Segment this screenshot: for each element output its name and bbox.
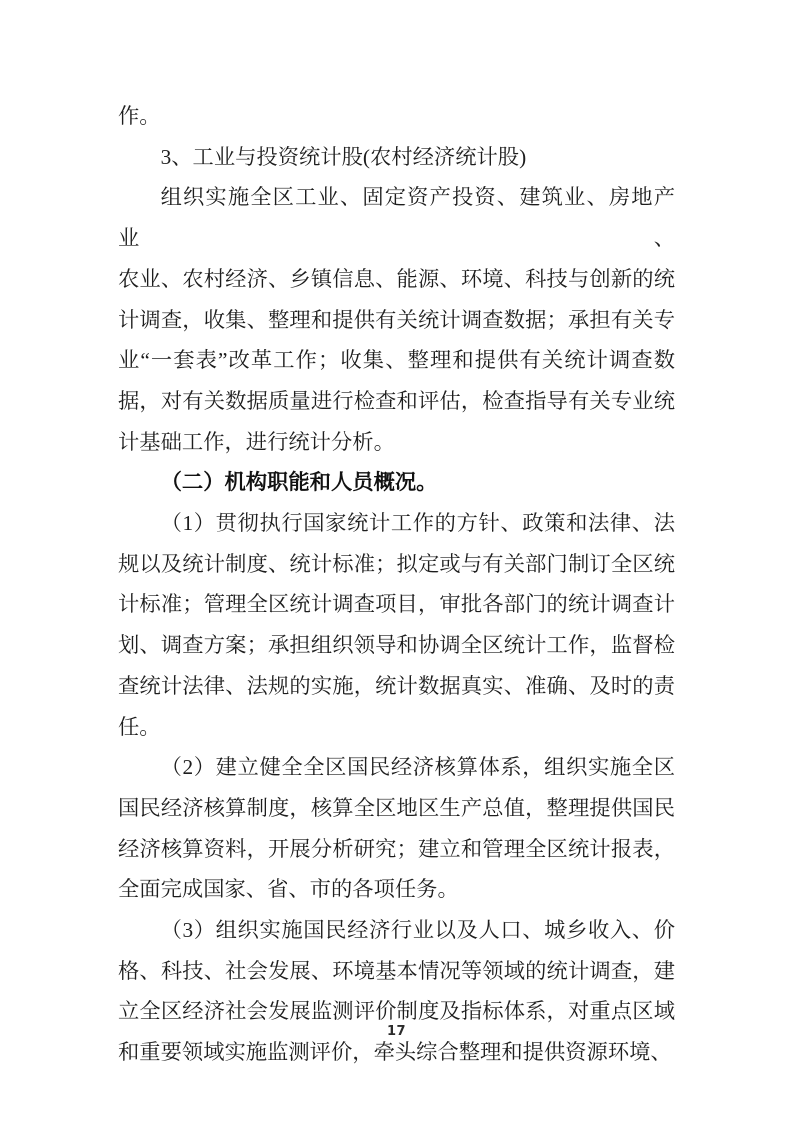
paragraph: 3、工业与投资统计股(农村经济统计股) [118,137,675,178]
text-line: 计调查，收集、整理和提供有关统计调查数据；承担有关专 [118,300,675,341]
text-line: 任。 [118,707,675,748]
text-line: 组织实施全区工业、固定资产投资、建筑业、房地产业、 [118,177,675,258]
document-page: 作。3、工业与投资统计股(农村经济统计股)组织实施全区工业、固定资产投资、建筑业… [0,0,793,1122]
text-line: 作。 [118,96,675,137]
document-body: 作。3、工业与投资统计股(农村经济统计股)组织实施全区工业、固定资产投资、建筑业… [118,96,675,1073]
text-line: 计标准；管理全区统计调查项目，审批各部门的统计调查计 [118,584,675,625]
text-line: （2）建立健全全区国民经济核算体系，组织实施全区 [118,747,675,788]
paragraph: 组织实施全区工业、固定资产投资、建筑业、房地产业、农业、农村经济、乡镇信息、能源… [118,177,675,462]
text-line: 农业、农村经济、乡镇信息、能源、环境、科技与创新的统 [118,259,675,300]
text-line: 格、科技、社会发展、环境基本情况等领域的统计调查，建 [118,951,675,992]
text-line: 经济核算资料，开展分析研究；建立和管理全区统计报表， [118,829,675,870]
text-line: （3）组织实施国民经济行业以及人口、城乡收入、价 [118,910,675,951]
paragraph: （3）组织实施国民经济行业以及人口、城乡收入、价格、科技、社会发展、环境基本情况… [118,910,675,1073]
text-line: 查统计法律、法规的实施，统计数据真实、准确、及时的责 [118,666,675,707]
text-line: 划、调查方案；承担组织领导和协调全区统计工作，监督检 [118,625,675,666]
text-line: 全面完成国家、省、市的各项任务。 [118,869,675,910]
text-line: 计基础工作，进行统计分析。 [118,422,675,463]
text-line: （二）机构职能和人员概况。 [118,462,675,503]
paragraph: （1）贯彻执行国家统计工作的方针、政策和法律、法规以及统计制度、统计标准；拟定或… [118,503,675,747]
text-line: 3、工业与投资统计股(农村经济统计股) [118,137,675,178]
text-line: （1）贯彻执行国家统计工作的方针、政策和法律、法 [118,503,675,544]
page-number: 17 [0,1024,793,1039]
paragraph: 作。 [118,96,675,137]
paragraph: （2）建立健全全区国民经济核算体系，组织实施全区国民经济核算制度，核算全区地区生… [118,747,675,910]
text-line: 业“一套表”改革工作；收集、整理和提供有关统计调查数 [118,340,675,381]
text-line: 国民经济核算制度，核算全区地区生产总值，整理提供国民 [118,788,675,829]
text-line: 规以及统计制度、统计标准；拟定或与有关部门制订全区统 [118,544,675,585]
text-line: 据，对有关数据质量进行检查和评估，检查指导有关专业统 [118,381,675,422]
section-heading: （二）机构职能和人员概况。 [118,462,675,503]
